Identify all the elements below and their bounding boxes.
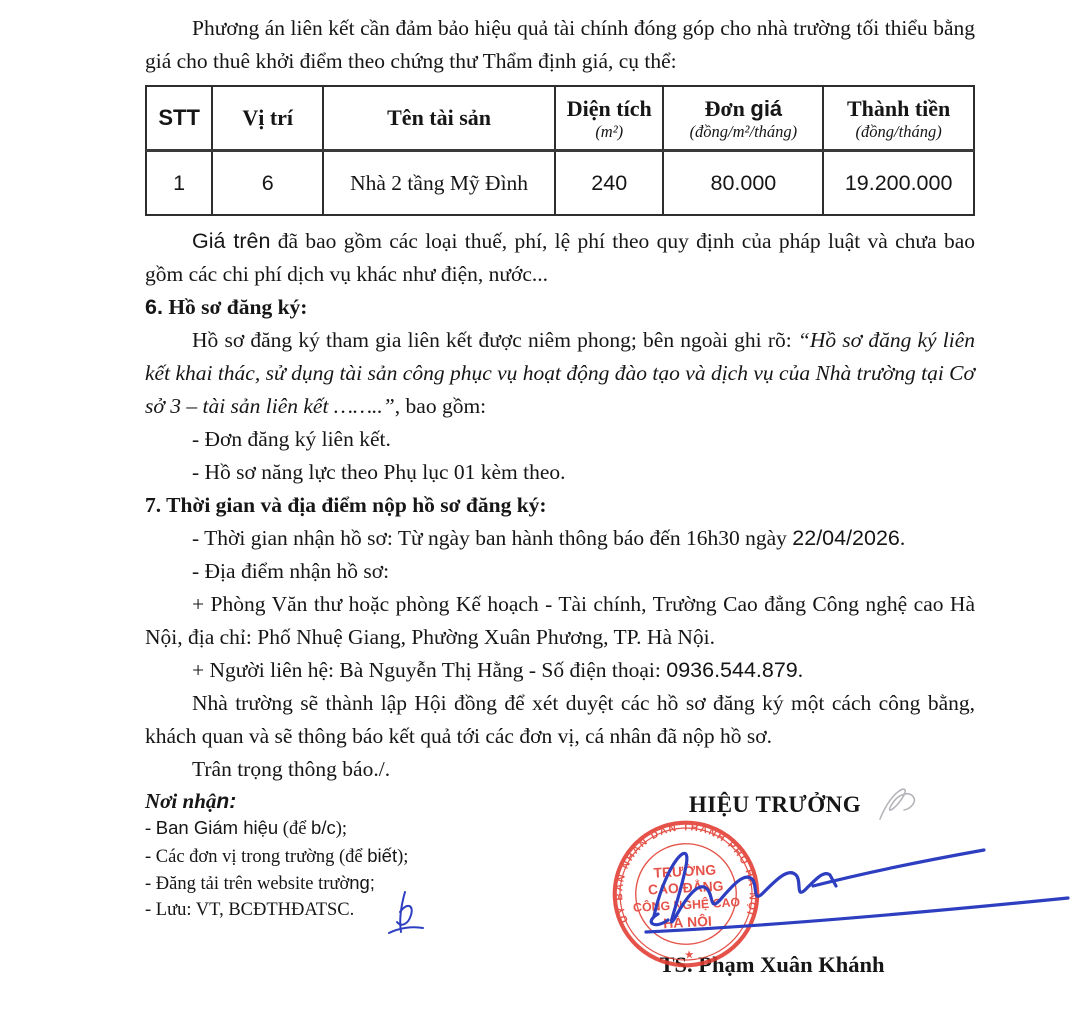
table-header-thanh-tien: Thành tiền (đồng/tháng) [823, 86, 974, 151]
table-header-ten-tai-san: Tên tài sản [323, 86, 555, 151]
paragraph-gia-tren: Giá trên đã bao gồm các loại thuế, phí, … [145, 225, 975, 291]
footer: Nơi nhận: - Ban Giám hiệu (để b/c); - Cá… [0, 786, 1080, 1009]
recipients-title: Nơi nhận: [145, 788, 505, 815]
recipient-item: - Ban Giám hiệu (để b/c); [145, 815, 505, 843]
list-item-dia-diem: - Địa điểm nhận hồ sơ: [145, 555, 975, 588]
cell-stt: 1 [146, 151, 212, 216]
table-header-row: STT Vị trí Tên tài sản Diện tích (m²) Đơ… [146, 86, 974, 151]
signature-scribble [608, 824, 1080, 939]
heading-section-7: 7. Thời gian và địa điểm nộp hồ sơ đăng … [145, 489, 975, 522]
paragraph-nguoi-lien-he: + Người liên hệ: Bà Nguyễn Thị Hằng - Số… [145, 654, 975, 687]
header-label: Tên tài sản [328, 105, 550, 131]
stamp-star-icon: ★ [684, 949, 695, 962]
list-item-don-dang-ky: - Đơn đăng ký liên kết. [145, 423, 975, 456]
table-header-vi-tri: Vị trí [212, 86, 323, 151]
paragraph-phong-van-thu: + Phòng Văn thư hoặc phòng Kế hoạch - Tà… [145, 588, 975, 654]
paragraph-intro: Phương án liên kết cần đảm bảo hiệu quả … [145, 12, 975, 78]
asset-table: STT Vị trí Tên tài sản Diện tích (m²) Đơ… [145, 85, 975, 216]
heading-section-6: 6. Hồ sơ đăng ký: [145, 291, 975, 324]
pen-initial-mark [381, 886, 431, 941]
document-page: Phương án liên kết cần đảm bảo hiệu quả … [0, 0, 1080, 1009]
table-header-don-gia: Đơn giá (đồng/m²/tháng) [663, 86, 823, 151]
recipient-item: - Các đơn vị trong trường (để biết); [145, 843, 505, 871]
cell-don-gia: 80.000 [663, 151, 823, 216]
pencil-initial-mark [862, 777, 922, 829]
recipients-block: Nơi nhận: - Ban Giám hiệu (để b/c); - Cá… [145, 788, 505, 923]
paragraph-tran-trong: Trân trọng thông báo./. [145, 753, 975, 786]
header-label: STT [151, 105, 207, 131]
header-unit: (đồng/tháng) [828, 122, 969, 141]
paragraph-ho-so: Hồ sơ đăng ký tham gia liên kết được niê… [145, 324, 975, 423]
paragraph-hoi-dong: Nhà trường sẽ thành lập Hội đồng để xét … [145, 687, 975, 753]
cell-ten-tai-san: Nhà 2 tầng Mỹ Đình [323, 151, 555, 216]
header-label: Vị trí [217, 105, 318, 131]
cell-vi-tri: 6 [212, 151, 323, 216]
recipient-item: - Lưu: VT, BCĐTHĐATSC. [145, 898, 505, 924]
table-header-stt: STT [146, 86, 212, 151]
recipient-item: - Đăng tải trên website trường; [145, 870, 505, 898]
header-label: Diện tích [560, 96, 658, 122]
list-item-thoi-gian: - Thời gian nhận hồ sơ: Từ ngày ban hành… [145, 522, 975, 555]
cell-dien-tich: 240 [555, 151, 663, 216]
table-header-dien-tich: Diện tích (m²) [555, 86, 663, 151]
header-unit: (m²) [560, 122, 658, 141]
header-label: Đơn giá [668, 96, 818, 122]
header-label: Thành tiền [828, 96, 969, 122]
document-body: Phương án liên kết cần đảm bảo hiệu quả … [145, 12, 975, 786]
table-row: 1 6 Nhà 2 tầng Mỹ Đình 240 80.000 19.200… [146, 151, 974, 216]
list-item-ho-so-nang-luc: - Hồ sơ năng lực theo Phụ lục 01 kèm the… [145, 456, 975, 489]
cell-thanh-tien: 19.200.000 [823, 151, 974, 216]
header-unit: (đồng/m²/tháng) [668, 122, 818, 141]
